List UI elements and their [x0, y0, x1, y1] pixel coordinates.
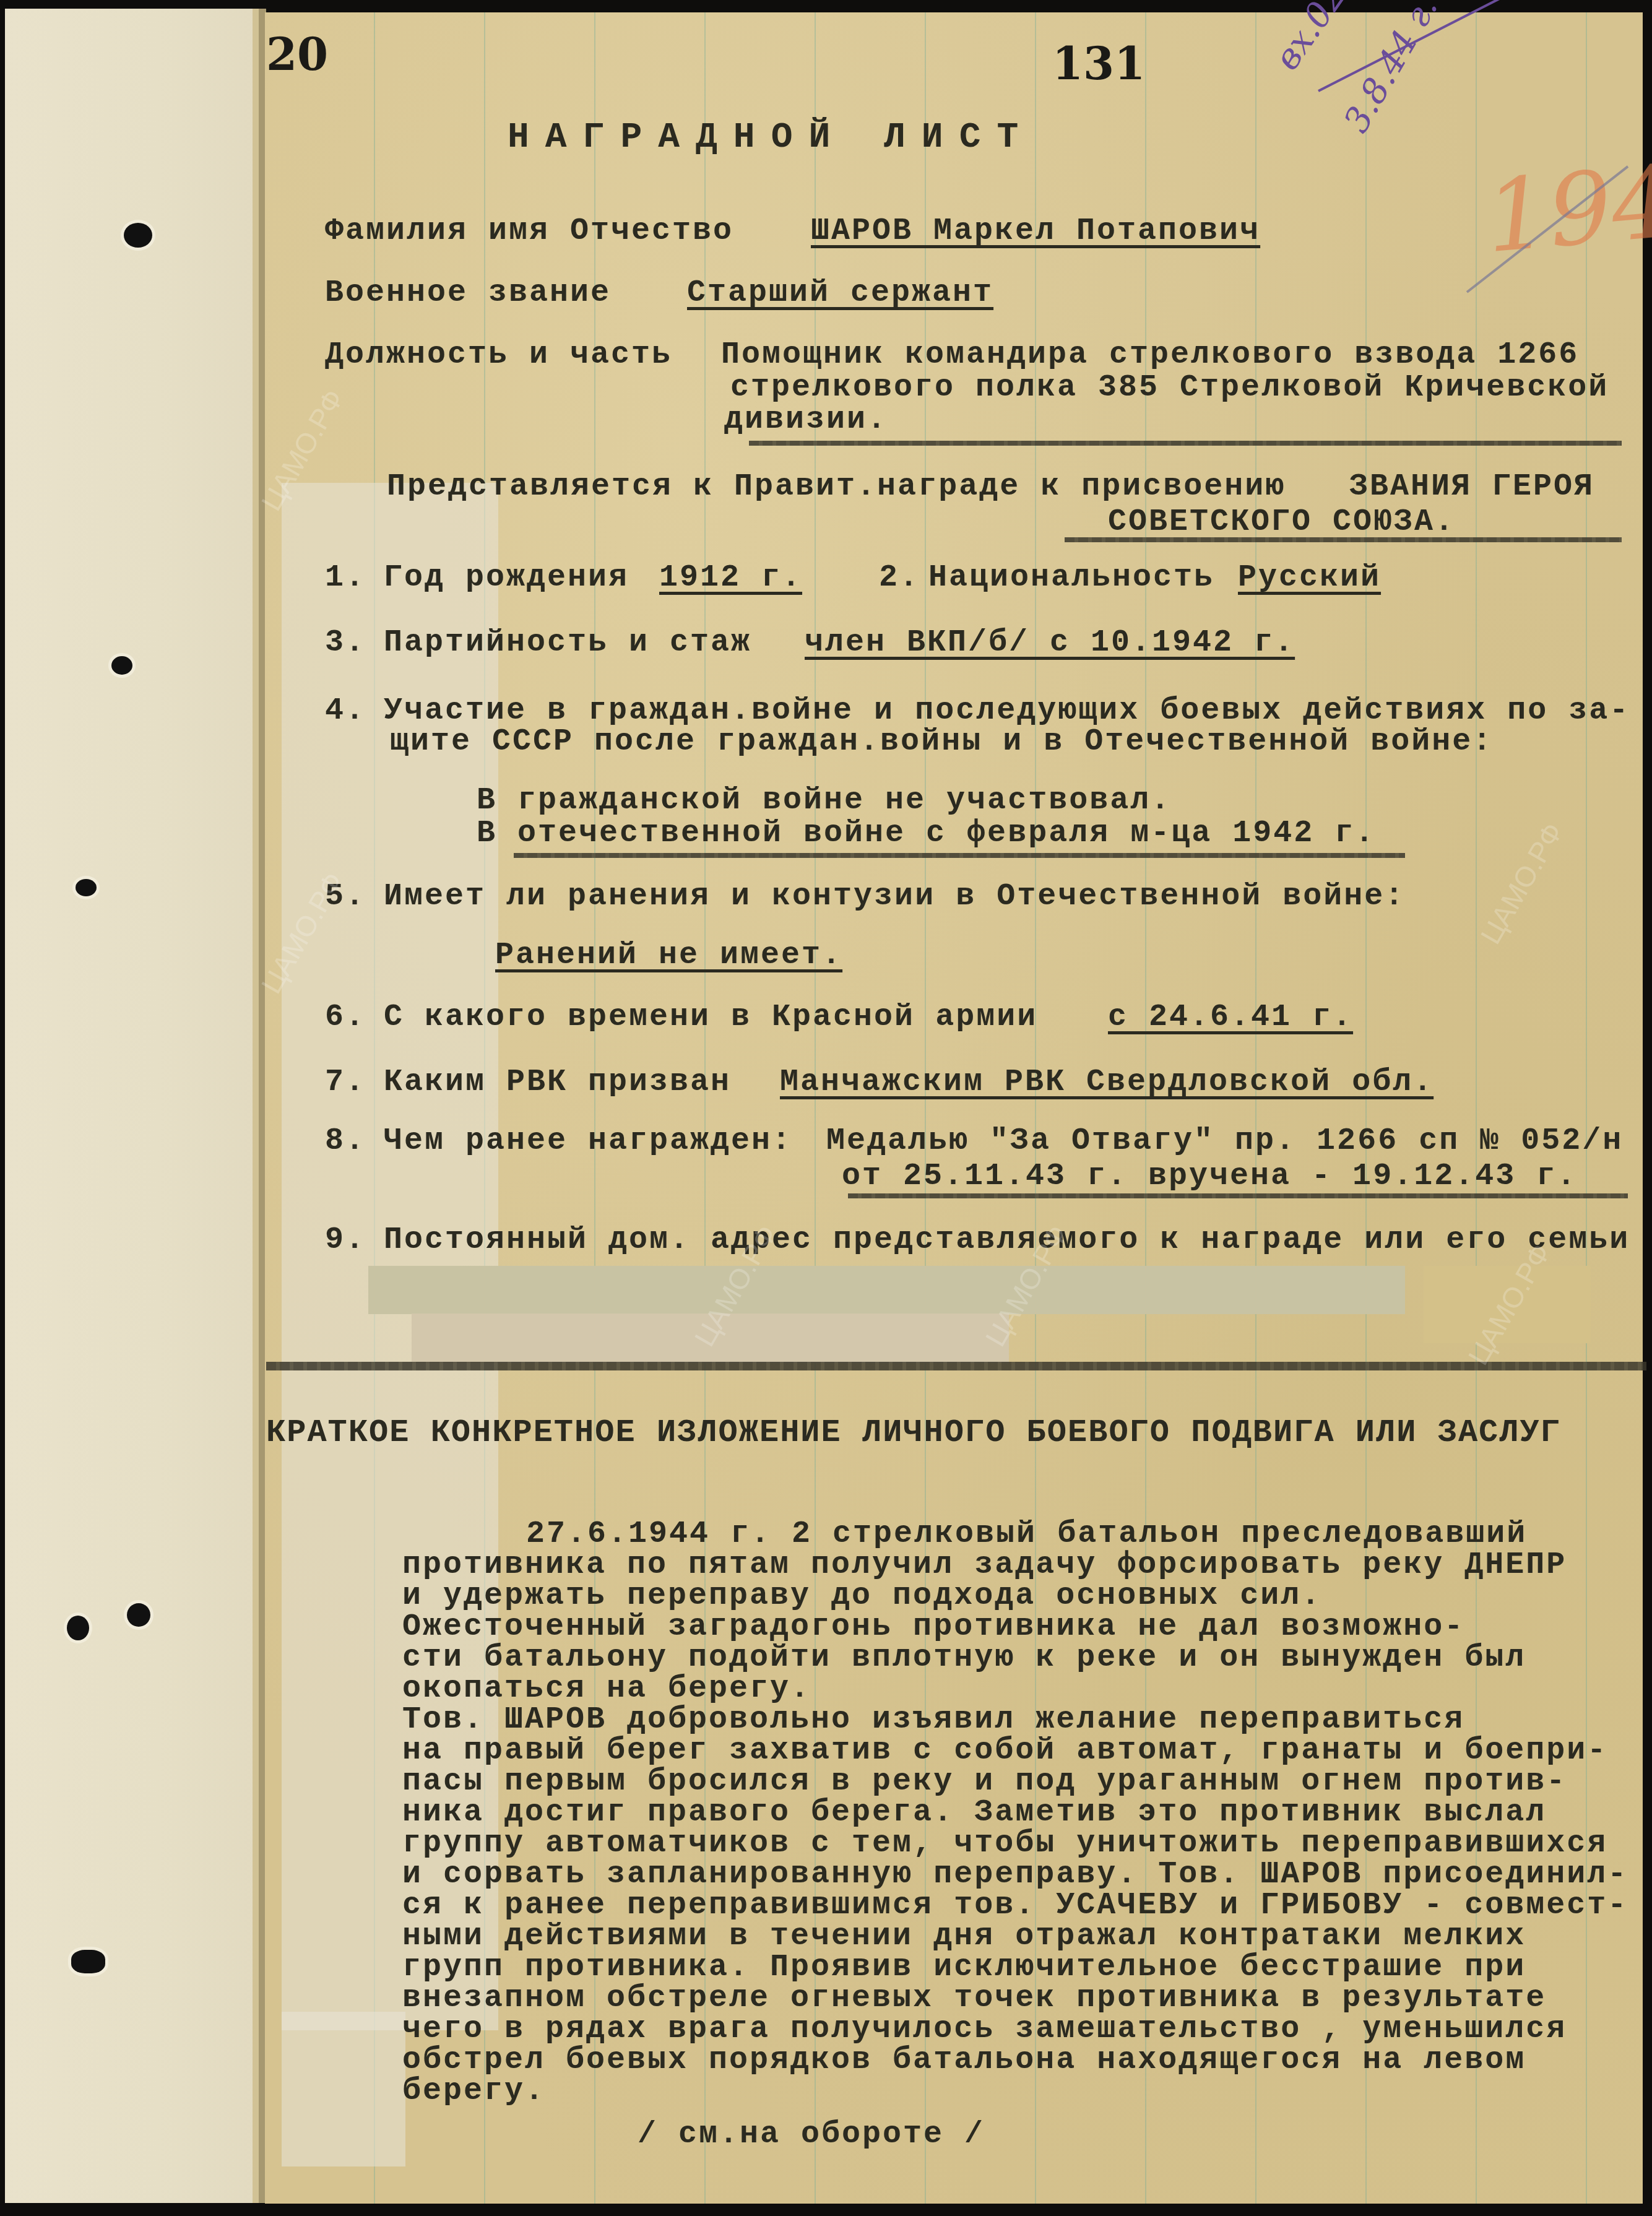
- narrative-line: пасы первым бросился в реку и под ураган…: [402, 1764, 1567, 1799]
- position-value-line3: дивизии.: [724, 402, 888, 438]
- item-8-value-line2: от 25.11.43 г. вручена - 19.12.43 г.: [842, 1159, 1577, 1194]
- item-6-number: 6.: [325, 1000, 366, 1035]
- item-4-label-line1: Участие в граждан.войне и последующих бо…: [384, 693, 1630, 729]
- name-label: Фамилия имя Отчество: [325, 214, 733, 249]
- punch-hole: [124, 223, 152, 248]
- item-1-value: 1912 г.: [659, 560, 802, 595]
- redaction-box: [368, 1266, 1405, 1314]
- item-4-label-line2: щите СССР после граждан.войны и в Отечес…: [390, 724, 1493, 760]
- document-title: НАГРАДНОЙ ЛИСТ: [508, 118, 1034, 158]
- item-3-value: член ВКП/б/ с 10.1942 г.: [805, 625, 1295, 660]
- item-9-label: Постоянный дом. адрес представляемого к …: [384, 1223, 1630, 1258]
- item-2-label: Национальность: [928, 560, 1214, 595]
- binding-strip: [5, 9, 259, 2203]
- position-value-line1: Помощник командира стрелкового взвода 12…: [721, 337, 1579, 373]
- narrative-line: противника по пятам получил задачу форси…: [402, 1547, 1567, 1583]
- narrative-line: Ожесточенный заградогонь противника не д…: [402, 1609, 1464, 1645]
- item-3-number: 3.: [325, 625, 366, 660]
- item-5-label: Имеет ли ранения и контузии в Отечествен…: [384, 879, 1405, 914]
- repair-tape: [282, 2012, 405, 2166]
- punch-hole: [127, 1603, 150, 1627]
- nominated-value-line1: ЗВАНИЯ ГЕРОЯ: [1349, 469, 1594, 504]
- item-3-label: Партийность и стаж: [384, 625, 751, 660]
- narrative-line: ся к ранее переправившимся тов. УСАЧЕВУ …: [402, 1888, 1628, 1923]
- narrative-line: берегу.: [402, 2074, 545, 2109]
- item-8-label: Чем ранее награжден:: [384, 1123, 792, 1159]
- narrative-line: группу автоматчиков с тем, чтобы уничтож…: [402, 1826, 1607, 1861]
- item-5-value: Ранений не имеет.: [495, 938, 842, 973]
- narrative-line: окопаться на берегу.: [402, 1671, 811, 1707]
- narrative-line: групп противника. Проявив исключительное…: [402, 1950, 1526, 1985]
- narrative-line: чего в рядах врага получилось замешатель…: [402, 2012, 1567, 2047]
- name-value: ШАРОВ Маркел Потапович: [811, 214, 1260, 249]
- narrative-line: на правый берег захватив с собой автомат…: [402, 1733, 1607, 1768]
- position-value-line2: стрелкового полка 385 Стрелковой Кричевс…: [730, 370, 1609, 405]
- item-8-value-line1: Медалью "За Отвагу" пр. 1266 сп № 052/н: [826, 1123, 1623, 1159]
- underline-rule: [1065, 537, 1622, 542]
- item-1-label: Год рождения: [384, 560, 629, 595]
- item-2-value: Русский: [1238, 560, 1381, 595]
- narrative-line: и сорвать запланированную переправу. Тов…: [402, 1857, 1628, 1892]
- narrative-line: сти батальону подойти вплотную к реке и …: [402, 1640, 1526, 1676]
- narrative-line: и удержать переправу до подхода основных…: [402, 1578, 1321, 1614]
- nominated-value-line2: СОВЕТСКОГО СОЮЗА.: [1108, 504, 1455, 540]
- underline-rule: [514, 853, 1405, 858]
- item-1-number: 1.: [325, 560, 366, 595]
- rank-label: Военное звание: [325, 275, 611, 311]
- section-separator: [266, 1362, 1646, 1370]
- item-4-number: 4.: [325, 693, 366, 729]
- underline-rule: [848, 1193, 1628, 1198]
- page-number: 131: [1052, 37, 1145, 90]
- position-label: Должность и часть: [325, 337, 672, 373]
- underline-rule: [749, 441, 1622, 446]
- punch-hole: [111, 656, 132, 675]
- item-4-value-line2: В отечественной войне с февраля м-ца 194…: [477, 816, 1375, 851]
- narrative-line: 27.6.1944 г. 2 стрелковый батальон пресл…: [526, 1517, 1527, 1552]
- punch-hole: [76, 879, 97, 896]
- item-7-value: Манчажским РВК Свердловской обл.: [780, 1065, 1434, 1100]
- sheet-number: 20: [266, 28, 328, 80]
- item-8-number: 8.: [325, 1123, 366, 1159]
- red-pencil-mark: 1944: [1481, 138, 1652, 275]
- item-9-number: 9.: [325, 1223, 366, 1258]
- item-7-label: Каким РВК призван: [384, 1065, 731, 1100]
- item-6-label: С какого времени в Красной армии: [384, 1000, 1037, 1035]
- item-6-value: с 24.6.41 г.: [1108, 1000, 1353, 1035]
- item-2-number: 2.: [879, 560, 920, 595]
- binding-fold: [253, 9, 266, 2203]
- continuation-note: / см.на обороте /: [638, 2117, 985, 2152]
- nominated-label: Представляется к Правит.награде к присво…: [387, 469, 1286, 504]
- narrative-line: внезапном обстреле огневых точек противн…: [402, 1981, 1546, 2016]
- narrative-line: Тов. ШАРОВ добровольно изъявил желание п…: [402, 1702, 1464, 1738]
- item-7-number: 7.: [325, 1065, 366, 1100]
- punch-hole: [71, 1950, 105, 1973]
- item-4-value-line1: В гражданской войне не участвовал.: [477, 783, 1171, 818]
- punch-hole: [67, 1616, 89, 1640]
- narrative-line: ника достиг правого берега. Заметив это …: [402, 1795, 1546, 1830]
- rank-value: Старший сержант: [687, 275, 993, 311]
- narrative-line: обстрел боевых порядков батальона находя…: [402, 2043, 1526, 2078]
- section-heading: КРАТКОЕ КОНКРЕТНОЕ ИЗЛОЖЕНИЕ ЛИЧНОГО БОЕ…: [266, 1414, 1561, 1451]
- narrative-line: ными действиями в течении дня отражал ко…: [402, 1919, 1526, 1954]
